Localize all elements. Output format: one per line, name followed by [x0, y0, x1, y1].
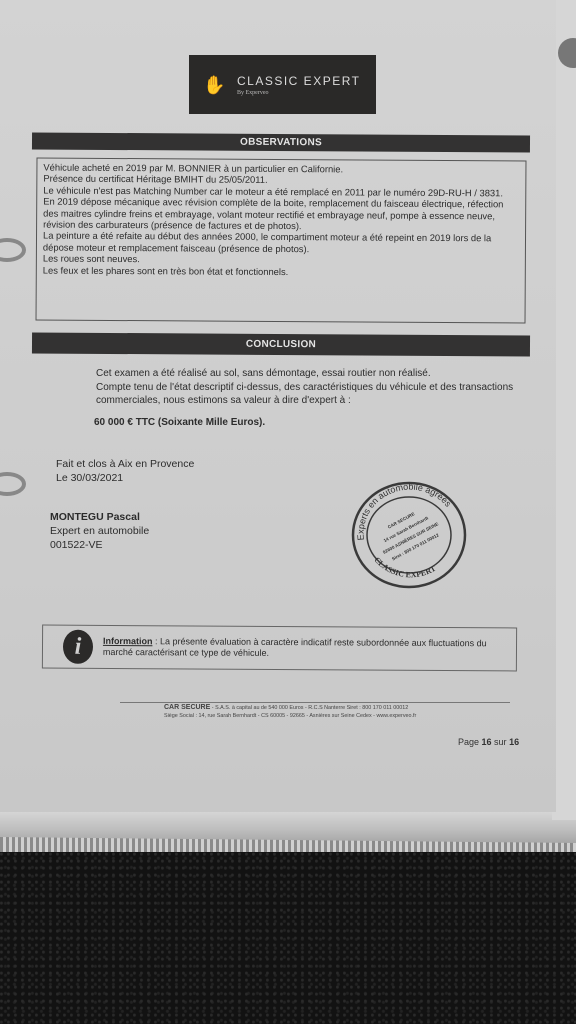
official-stamp: Experts en automobile agréés CLASSIC EXP…: [346, 478, 472, 592]
classic-expert-logo: ✋ CLASSIC EXPERT By Experveo: [189, 55, 376, 114]
company-footer: CAR SECURE - S.A.S. à capital au de 540 …: [164, 704, 416, 720]
seal-icon: [558, 38, 576, 68]
information-box: i Information : La présente évaluation à…: [42, 625, 517, 672]
observation-line: En 2019 dépose mécanique avec révision c…: [43, 196, 519, 233]
company-address: Siège Social : 14, rue Sarah Bernhardt -…: [164, 712, 416, 720]
document-page: ✋ CLASSIC EXPERT By Experveo OBSERVATION…: [0, 0, 556, 812]
binder-ring-icon: [0, 238, 26, 262]
place-and-date: Fait et clos à Aix en Provence Le 30/03/…: [56, 457, 194, 485]
signer-id: 001522-VE: [50, 538, 149, 552]
hands-icon: ✋: [203, 74, 229, 96]
conclusion-heading: CONCLUSION: [32, 332, 530, 356]
page-number: Page 16 sur 16: [458, 737, 519, 747]
estimated-value: 60 000 € TTC (Soixante Mille Euros).: [94, 417, 265, 428]
pager-current: 16: [482, 737, 492, 747]
conclusion-line: Cet examen a été réalisé au sol, sans dé…: [96, 367, 526, 381]
logo-subtitle: By Experveo: [237, 90, 360, 96]
date: Le 30/03/2021: [56, 471, 194, 485]
signer-title: Expert en automobile: [50, 524, 149, 538]
signer-block: MONTEGU Pascal Expert en automobile 0015…: [50, 510, 149, 552]
observations-heading: OBSERVATIONS: [32, 132, 530, 152]
information-text: Information : La présente évaluation à c…: [103, 635, 516, 661]
leather-surface: [0, 852, 576, 1024]
information-body: : La présente évaluation à caractère ind…: [103, 636, 487, 658]
pager-middle: sur: [492, 737, 510, 747]
observation-line: La peinture a été refaite au début des a…: [43, 230, 519, 256]
svg-text:CLASSIC EXPERT: CLASSIC EXPERT: [372, 555, 438, 579]
observations-box: Véhicule acheté en 2019 par M. BONNIER à…: [36, 158, 527, 324]
company-legal: - S.A.S. à capital au de 540 000 Euros -…: [210, 705, 408, 711]
company-name: CAR SECURE: [164, 704, 210, 711]
conclusion-line: Compte tenu de l'état descriptif ci-dess…: [96, 381, 526, 408]
stamp-ring-bottom: CLASSIC EXPERT: [372, 555, 438, 579]
signer-name: MONTEGU Pascal: [50, 510, 149, 524]
info-icon: i: [63, 630, 93, 664]
pager-total: 16: [509, 737, 519, 747]
observation-line: Les feux et les phares sont en très bon …: [43, 264, 519, 278]
binder-ring-icon: [0, 472, 26, 496]
conclusion-text: Cet examen a été réalisé au sol, sans dé…: [96, 367, 526, 408]
logo-title: CLASSIC EXPERT: [237, 74, 360, 88]
footer-divider: [120, 702, 510, 703]
information-label: Information: [103, 635, 153, 645]
pager-prefix: Page: [458, 737, 482, 747]
place: Fait et clos à Aix en Provence: [56, 457, 194, 471]
